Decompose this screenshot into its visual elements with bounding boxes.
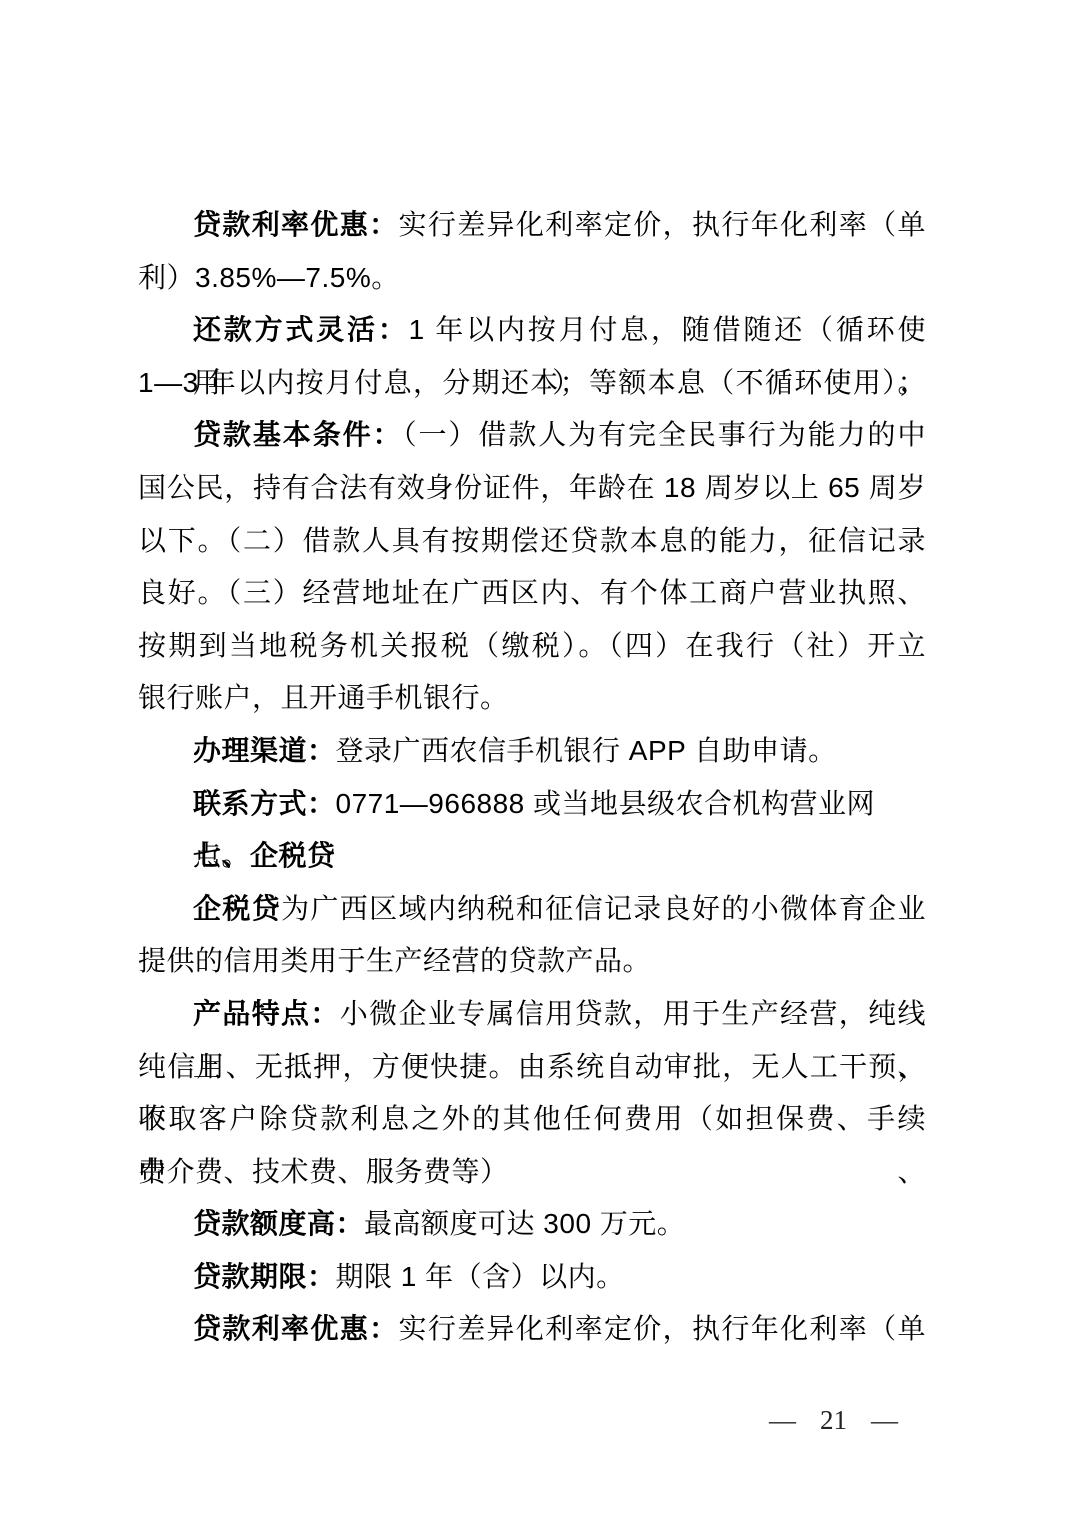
text-segment: 按期到当地税务机关报税（缴税）。（四）在我行（社）开立: [138, 630, 926, 661]
bold-label: 七、企税贷: [193, 840, 336, 871]
footer-dash-right: —: [871, 1403, 898, 1437]
text-segment: 实行差异化利率定价，执行年化利率（单: [398, 209, 926, 240]
text-segment: 为广西区域内纳税和征信记录良好的小微体育企业: [281, 893, 926, 924]
text-line: 利）3.85%—7.5%。: [138, 252, 926, 305]
text-line: 按期到当地税务机关报税（缴税）。（四）在我行（社）开立: [138, 620, 926, 673]
text-line: 贷款基本条件：（一）借款人为有完全民事行为能力的中: [138, 409, 926, 462]
bold-label: 贷款利率优惠：: [193, 1313, 398, 1344]
text-line: 以下。（二）借款人具有按期偿还贷款本息的能力，征信记录: [138, 515, 926, 568]
text-line: 1—3 年以内按月付息，分期还本；等额本息（不循环使用）。: [138, 357, 926, 410]
page-footer: — 21 —: [769, 1403, 898, 1437]
text-line: 贷款利率优惠：实行差异化利率定价，执行年化利率（单: [138, 199, 926, 252]
text-line: 还款方式灵活：1 年以内按月付息，随借随还（循环使用）；: [138, 304, 926, 357]
document-page: 贷款利率优惠：实行差异化利率定价，执行年化利率（单利）3.85%—7.5%。还款…: [0, 0, 1074, 1520]
text-segment: 提供的信用类用于生产经营的贷款产品。: [138, 945, 651, 976]
document-body: 贷款利率优惠：实行差异化利率定价，执行年化利率（单利）3.85%—7.5%。还款…: [138, 199, 926, 1356]
text-segment: 登录广西农信手机银行 APP 自助申请。: [336, 735, 837, 766]
text-line: 纯信用、无抵押，方便快捷。由系统自动审批，无人工干预，不: [138, 1041, 926, 1094]
bold-label: 贷款基本条件：: [193, 419, 403, 450]
text-segment: 国公民，持有合法有效身份证件，年龄在 18 周岁以上 65 周岁: [138, 472, 926, 503]
text-line: 贷款利率优惠：实行差异化利率定价，执行年化利率（单: [138, 1303, 926, 1356]
text-line: 国公民，持有合法有效身份证件，年龄在 18 周岁以上 65 周岁: [138, 462, 926, 515]
text-line: 七、企税贷: [138, 830, 926, 883]
text-segment: 期限 1 年（含）以内。: [336, 1261, 625, 1292]
text-line: 贷款期限：期限 1 年（含）以内。: [138, 1251, 926, 1304]
text-line: 办理渠道：登录广西农信手机银行 APP 自助申请。: [138, 725, 926, 778]
text-line: 产品特点：小微企业专属信用贷款，用于生产经营，纯线上、: [138, 988, 926, 1041]
text-line: 收取客户除贷款利息之外的其他任何费用（如担保费、手续费、: [138, 1093, 926, 1146]
text-segment: 中介费、技术费、服务费等）: [138, 1156, 509, 1187]
text-segment: 1—3 年以内按月付息，分期还本；等额本息（不循环使用）。: [138, 367, 926, 398]
text-segment: 银行账户，且开通手机银行。: [138, 682, 509, 713]
text-line: 联系方式：0771—966888 或当地县级农合机构营业网点。: [138, 778, 926, 831]
footer-dash-left: —: [769, 1403, 796, 1437]
text-segment: 最高额度可达 300 万元。: [364, 1208, 685, 1239]
bold-label: 联系方式：: [193, 788, 336, 819]
bold-label: 办理渠道：: [193, 735, 336, 766]
text-line: 贷款额度高：最高额度可达 300 万元。: [138, 1198, 926, 1251]
bold-label: 贷款额度高：: [193, 1208, 364, 1239]
bold-label: 还款方式灵活：: [193, 314, 409, 345]
bold-label: 贷款利率优惠：: [193, 209, 398, 240]
text-segment: 以下。（二）借款人具有按期偿还贷款本息的能力，征信记录: [138, 525, 926, 556]
bold-label: 贷款期限：: [193, 1261, 336, 1292]
text-segment: （一）借款人为有完全民事行为能力的中: [403, 419, 926, 450]
text-segment: 利）3.85%—7.5%。: [138, 262, 400, 293]
text-line: 银行账户，且开通手机银行。: [138, 672, 926, 725]
bold-label: 企税贷: [193, 893, 281, 924]
text-segment: 实行差异化利率定价，执行年化利率（单: [398, 1313, 926, 1344]
text-line: 企税贷为广西区域内纳税和征信记录良好的小微体育企业: [138, 883, 926, 936]
bold-label: 产品特点：: [193, 998, 340, 1029]
page-number: 21: [820, 1403, 847, 1437]
text-line: 提供的信用类用于生产经营的贷款产品。: [138, 935, 926, 988]
text-line: 良好。（三）经营地址在广西区内、有个体工商户营业执照、: [138, 567, 926, 620]
text-segment: 良好。（三）经营地址在广西区内、有个体工商户营业执照、: [138, 577, 926, 608]
